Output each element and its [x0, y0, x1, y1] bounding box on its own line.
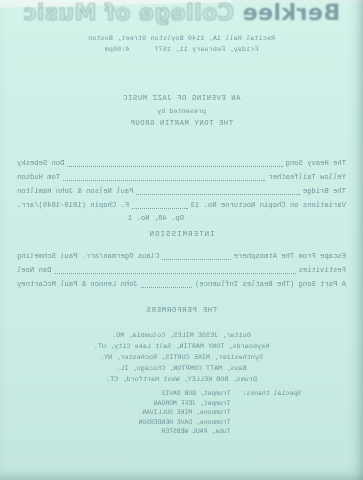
performer-line: Guitar, JESSE MILES, Columbia, MO.	[30, 331, 333, 342]
performer-line: Bass, MATT COMPTON, Chicago, IL.	[30, 364, 333, 375]
piece-title: A Part Song (The Beatles Influence)	[195, 281, 346, 289]
dot-leader	[63, 180, 265, 181]
piece-title: Escape From The Atmosphere	[234, 253, 346, 261]
logo-brand-text: Berklee	[242, 1, 340, 26]
program-row: Escape From The Atmosphere Claus Ogerman…	[17, 253, 346, 261]
thanks-line: Trombone, MIKE SULLIVAN	[138, 408, 230, 418]
dot-leader	[136, 194, 299, 195]
dot-leader	[141, 287, 192, 288]
ensemble-name: THE TONY MARTIN GROUP	[0, 120, 363, 128]
piece-composer: Paul Nelson & John Hamilton	[17, 188, 133, 196]
piece-title: Yellow Tailfeather	[268, 174, 346, 182]
piece-title: The Bridge	[303, 188, 346, 196]
performer-line: Keyboards, TONY MARTIN, Salt Lake City, …	[30, 342, 333, 353]
piece-title: The Heavy Song	[286, 160, 346, 168]
program-row: The Bridge Paul Nelson & John Hamilton	[17, 188, 346, 196]
logo-outline-text: College of Music	[23, 1, 234, 26]
program-row: Yellow Tailfeather Tom Hudson	[17, 174, 346, 182]
piece-composer: Don Sebesky	[17, 160, 64, 168]
thanks-line: Trumpet, BOB DAVIS	[138, 389, 230, 399]
concert-title: AN EVENING OF JAZZ MUSIC	[0, 95, 363, 103]
program-row: Festivities Dan Noel	[17, 267, 346, 275]
performer-line: Drums, BOB KELLEY, West Hartford, CT.	[30, 375, 333, 386]
dot-leader	[67, 166, 282, 167]
performers-heading: THE PERFORMERS	[0, 307, 363, 315]
performer-line: Synthesizer, MIKE CURTIS, Rochester, NY.	[30, 353, 333, 364]
piece-title: Festivities	[299, 267, 346, 275]
opus-line: Op. 48, No. 1	[17, 215, 184, 223]
program-row: A Part Song (The Beatles Influence) John…	[17, 281, 346, 289]
piece-composer: Claus Ogerman/arr. Paul Schmeling	[17, 253, 159, 261]
mirrored-content: Berklee College of Music Recital Hall 1A…	[0, 0, 363, 480]
dot-leader	[132, 208, 188, 209]
piece-composer: F. Chopin (1810-1849)/arr.	[17, 202, 129, 210]
piece-title: Variations on Chopin Nocturne No. 13	[191, 202, 346, 210]
piece-composer: Tom Hudson	[17, 174, 60, 182]
berklee-logo: Berklee College of Music	[6, 1, 357, 26]
special-thanks-list: Trumpet, BOB DAVIS Trumpet, JEFF MORGAN …	[138, 389, 230, 437]
date-time-line: Friday, February 11, 1977 4:00pm	[0, 46, 363, 53]
intermission-heading: INTERMISSION	[0, 231, 363, 239]
venue-address-line: Recital Hall 1A, 1140 Boylston Street, B…	[0, 35, 363, 42]
presents-block: AN EVENING OF JAZZ MUSIC presented by TH…	[0, 95, 363, 128]
special-thanks-block: Special thanks: Trumpet, BOB DAVIS Trump…	[20, 389, 301, 437]
presented-by-line: presented by	[0, 108, 363, 116]
program-row: Variations on Chopin Nocturne No. 13 F. …	[17, 202, 346, 210]
thanks-line: Tuba, PAUL WEBSTER	[138, 427, 230, 437]
piece-composer: Dan Noel	[17, 267, 52, 275]
program-row: The Heavy Song Don Sebesky	[17, 160, 346, 168]
dot-leader	[162, 259, 231, 260]
special-thanks-label: Special thanks:	[242, 390, 301, 397]
thanks-line: Trumpet, JEFF MORGAN	[138, 399, 230, 409]
thanks-line: Trombone, DAVE HENDERSON	[138, 418, 230, 428]
piece-composer: John Lennon & Paul McCartney	[17, 281, 138, 289]
program-part-1: The Heavy Song Don Sebesky Yellow Tailfe…	[17, 160, 346, 223]
dot-leader	[55, 273, 296, 274]
program-page: Berklee College of Music Recital Hall 1A…	[0, 0, 363, 480]
performers-list: Guitar, JESSE MILES, Columbia, MO. Keybo…	[30, 331, 333, 386]
program-part-2: Escape From The Atmosphere Claus Ogerman…	[17, 253, 346, 295]
